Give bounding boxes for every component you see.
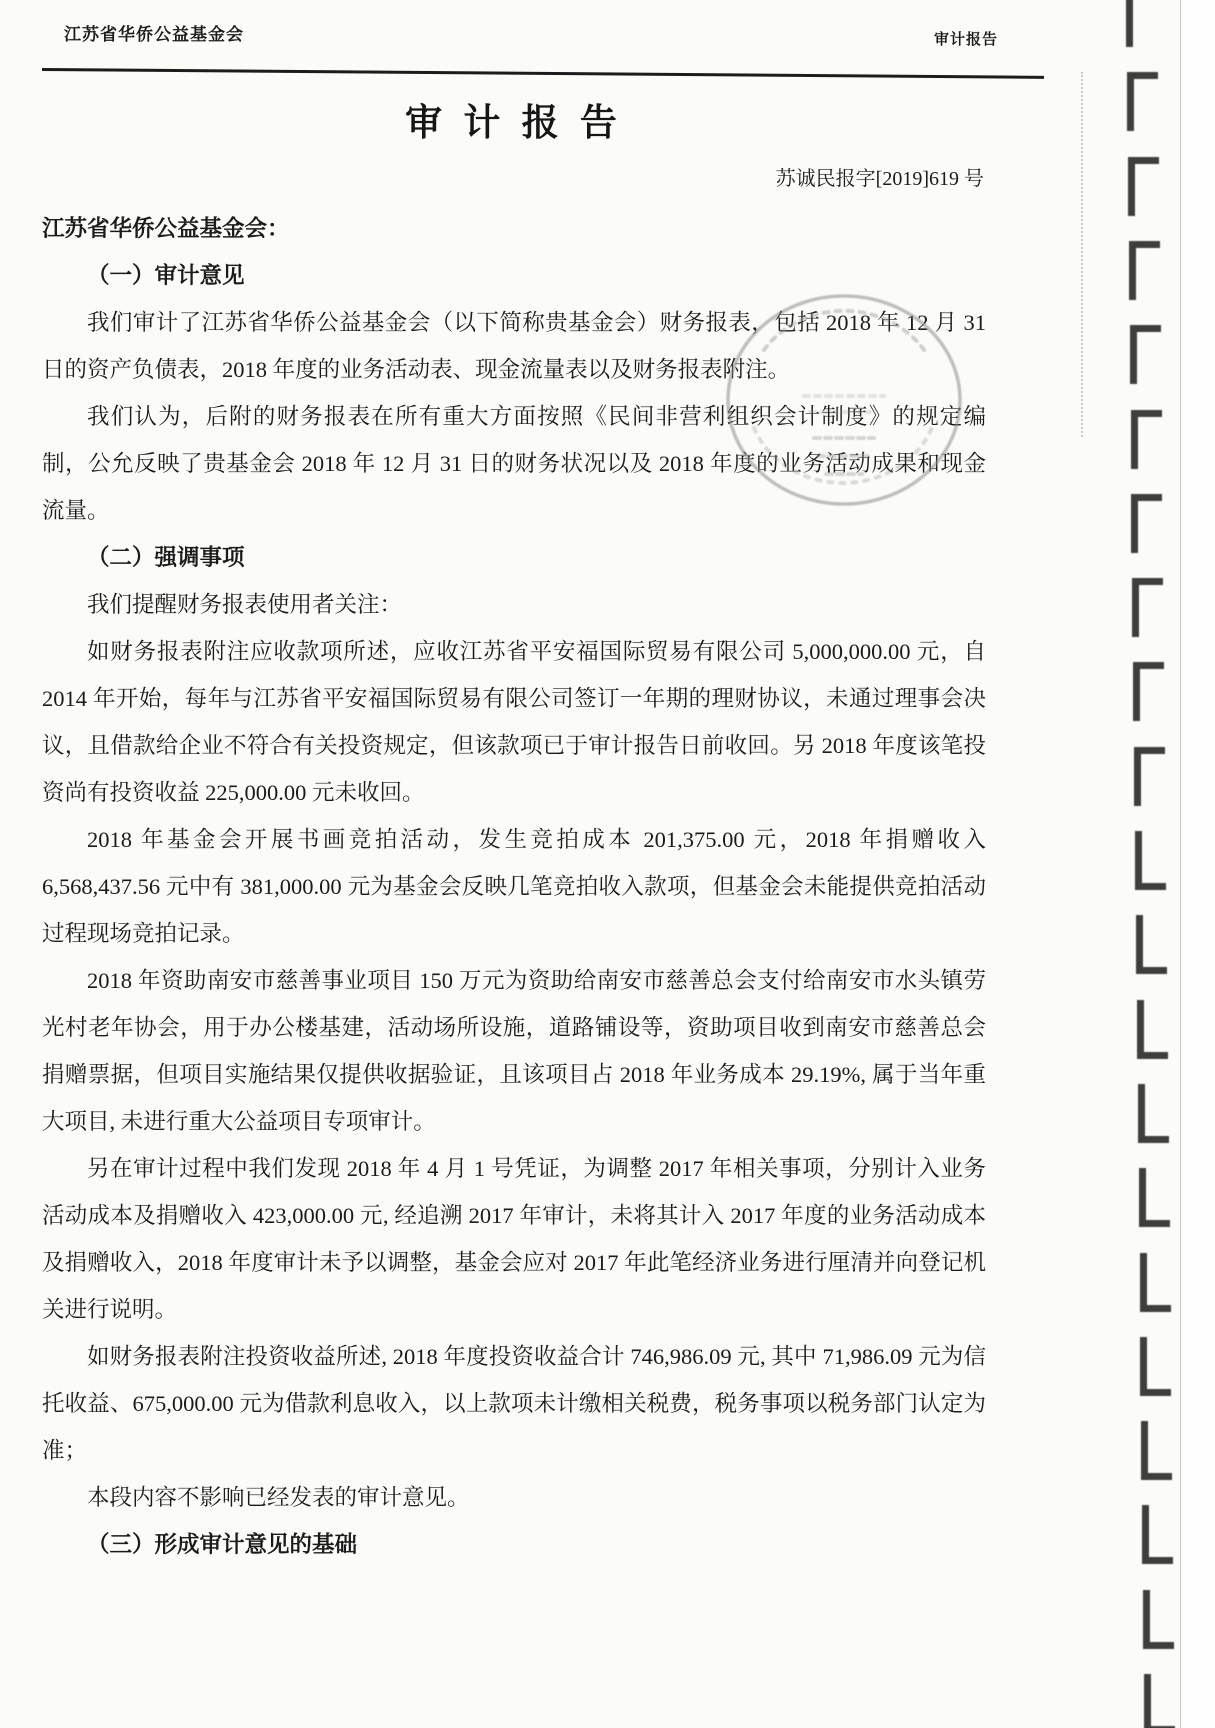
paragraph: 我们认为，后附的财务报表在所有重大方面按照《民间非营利组织会计制度》的规定编制，… bbox=[42, 393, 986, 534]
addressee-line: 江苏省华侨公益基金会： bbox=[42, 205, 986, 252]
paragraph: 如财务报表附注应收款项所述，应收江苏省平安福国际贸易有限公司 5,000,000… bbox=[42, 628, 986, 816]
binding-hole-mark bbox=[1130, 325, 1161, 384]
section-heading-3: （三）形成审计意见的基础 bbox=[42, 1521, 986, 1568]
binding-hole-mark bbox=[1132, 578, 1163, 637]
binding-hole-mark bbox=[1135, 831, 1166, 890]
binding-hole-mark bbox=[1127, 72, 1158, 131]
binding-hole-mark bbox=[1139, 1168, 1170, 1227]
report-body: 江苏省华侨公益基金会： （一）审计意见 我们审计了江苏省华侨公益基金会（以下简称… bbox=[42, 205, 986, 1568]
report-number: 苏诚民报字[2019]619 号 bbox=[42, 162, 986, 191]
paragraph: 如财务报表附注投资收益所述, 2018 年度投资收益合计 746,986.09 … bbox=[42, 1333, 986, 1474]
header-org-name: 江苏省华侨公益基金会 bbox=[64, 20, 244, 45]
scanned-page: 江苏省华侨公益基金会 审计报告 审 计 报 告 苏诚民报字[2019]619 号… bbox=[0, 0, 1215, 1728]
binding-hole-mark bbox=[1142, 1505, 1173, 1564]
binding-hole-mark bbox=[1128, 157, 1159, 216]
binding-hole-mark bbox=[1140, 1253, 1171, 1312]
binding-hole-mark bbox=[1144, 1674, 1175, 1728]
binding-hole-mark bbox=[1136, 915, 1167, 974]
binding-hole-mark bbox=[1141, 1421, 1172, 1480]
binding-hole-mark bbox=[1137, 1000, 1168, 1059]
text-column: 江苏省华侨公益基金会 审计报告 审 计 报 告 苏诚民报字[2019]619 号… bbox=[42, 0, 986, 1568]
paragraph: 本段内容不影响已经发表的审计意见。 bbox=[42, 1474, 986, 1521]
header-doc-type: 审计报告 bbox=[934, 28, 998, 49]
header-rule bbox=[42, 68, 1044, 79]
binding-hole-mark bbox=[1143, 1590, 1174, 1649]
binding-hole-mark bbox=[1133, 662, 1164, 721]
paragraph: 另在审计过程中我们发现 2018 年 4 月 1 号凭证，为调整 2017 年相… bbox=[42, 1145, 986, 1333]
paragraph: 我们审计了江苏省华侨公益基金会（以下简称贵基金会）财务报表，包括 2018 年 … bbox=[42, 299, 986, 393]
binding-hole-mark bbox=[1131, 410, 1162, 469]
section-heading-1: （一）审计意见 bbox=[42, 252, 986, 299]
binding-hole-mark bbox=[1134, 747, 1165, 806]
binding-hole-mark bbox=[1138, 1084, 1169, 1143]
binding-hole-mark bbox=[1131, 494, 1162, 553]
binding-hole-mark bbox=[1126, 0, 1157, 47]
section-heading-2: （二）强调事项 bbox=[42, 534, 986, 581]
paragraph: 2018 年基金会开展书画竞拍活动，发生竞拍成本 201,375.00 元，20… bbox=[42, 816, 986, 957]
page-header: 江苏省华侨公益基金会 审计报告 bbox=[42, 20, 986, 46]
perforation-dots bbox=[1081, 72, 1083, 437]
paragraph: 我们提醒财务报表使用者关注： bbox=[42, 581, 986, 628]
paragraph: 2018 年资助南安市慈善事业项目 150 万元为资助给南安市慈善总会支付给南安… bbox=[42, 957, 986, 1145]
page-edge bbox=[1180, 0, 1215, 1728]
report-title: 审 计 报 告 bbox=[42, 92, 986, 146]
binding-hole-mark bbox=[1129, 241, 1160, 300]
binding-hole-mark bbox=[1140, 1337, 1171, 1396]
